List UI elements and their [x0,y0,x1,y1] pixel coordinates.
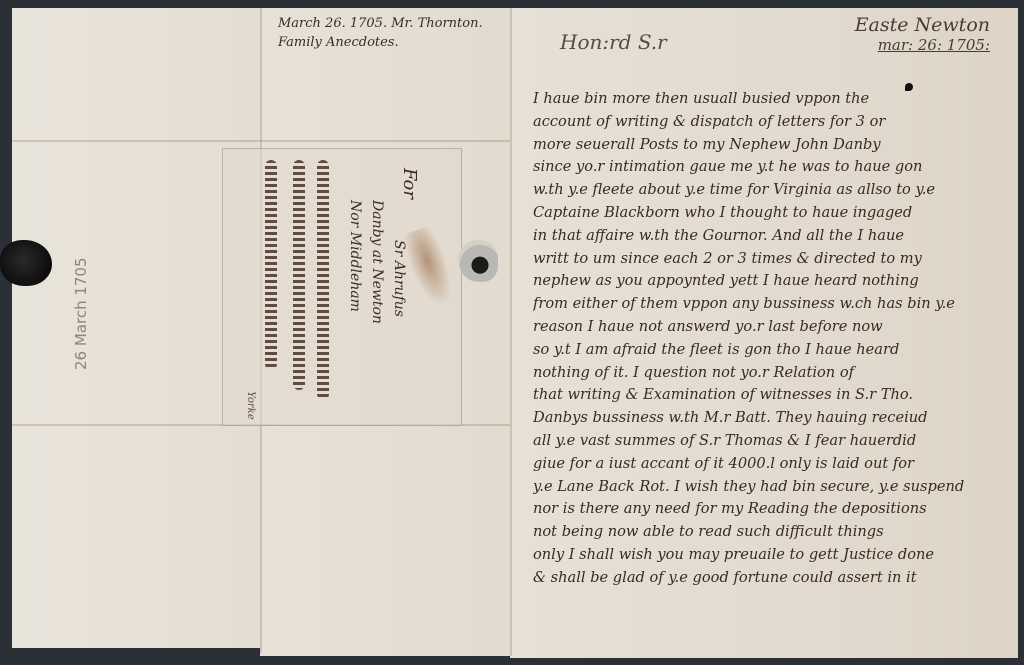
docket-note: March 26. 1705. Mr. Thornton. Family Ane… [278,14,518,52]
letter-body: I haue bin more then usuall busied vppon… [533,88,1013,590]
letter-line: Captaine Blackborn who I thought to haue… [533,202,1013,225]
fold-line-vertical-center [510,8,512,656]
letter-line: writt to um since each 2 or 3 times & di… [533,248,1013,271]
letter-line: I haue bin more then usuall busied vppon… [533,88,1013,111]
letter-line: so y.t I am afraid the fleet is gon tho … [533,339,1013,362]
letter-line: & shall be glad of y.e good fortune coul… [533,567,1013,590]
letter-line: nephew as you appoynted yett I haue hear… [533,270,1013,293]
letter-line: reason I haue not answerd yo.r last befo… [533,316,1013,339]
address-line-3: Danby at Newton [369,200,385,324]
docket-line-2: Family Anecdotes. [278,33,518,52]
address-line-2: Sr Ahrufus [391,240,407,317]
crossed-out-line-3 [265,160,277,370]
letter-line: account of writing & dispatch of letters… [533,111,1013,134]
letter-date: mar: 26: 1705: [830,36,990,54]
letter-line: from either of them vppon any bussiness … [533,293,1013,316]
letter-line: nothing of it. I question not yo.r Relat… [533,362,1013,385]
letter-line: more seuerall Posts to my Nephew John Da… [533,134,1013,157]
address-block: For Sr Ahrufus Danby at Newton Nor Middl… [245,160,445,410]
letter-line: giue for a iust accant of it 4000.l only… [533,453,1013,476]
letter-line: only I shall wish you may preuaile to ge… [533,544,1013,567]
crossed-out-line-2 [293,160,305,390]
letter-line: nor is there any need for my Reading the… [533,498,1013,521]
letter-place: Easte Newton [830,14,990,36]
address-line-4: Nor Middleham [347,200,363,312]
letter-salutation: Hon:rd S.r [560,30,667,54]
letter-line: that writing & Examination of witnesses … [533,384,1013,407]
address-small-note: Yorke [245,391,256,420]
letter-line: since yo.r intimation gaue me y.t he was… [533,156,1013,179]
letter-line: y.e Lane Back Rot. I wish they had bin s… [533,476,1013,499]
docket-line-1: March 26. 1705. Mr. Thornton. [278,14,518,33]
letter-line: w.th y.e fleete about y.e time for Virgi… [533,179,1013,202]
crossed-out-line-1 [317,160,329,400]
letter-line: not being now able to read such difficul… [533,521,1013,544]
pencil-date-note: 26 March 1705 [72,257,90,370]
wax-seal [0,240,52,286]
address-line-1: For [399,168,420,199]
letter-line: in that affaire w.th the Gournor. And al… [533,225,1013,248]
seal-tear-hole [458,240,498,282]
letter-line: Danbys bussiness w.th M.r Batt. They hau… [533,407,1013,430]
letter-place-date: Easte Newton mar: 26: 1705: [830,14,990,54]
letter-line: all y.e vast summes of S.r Thomas & I fe… [533,430,1013,453]
